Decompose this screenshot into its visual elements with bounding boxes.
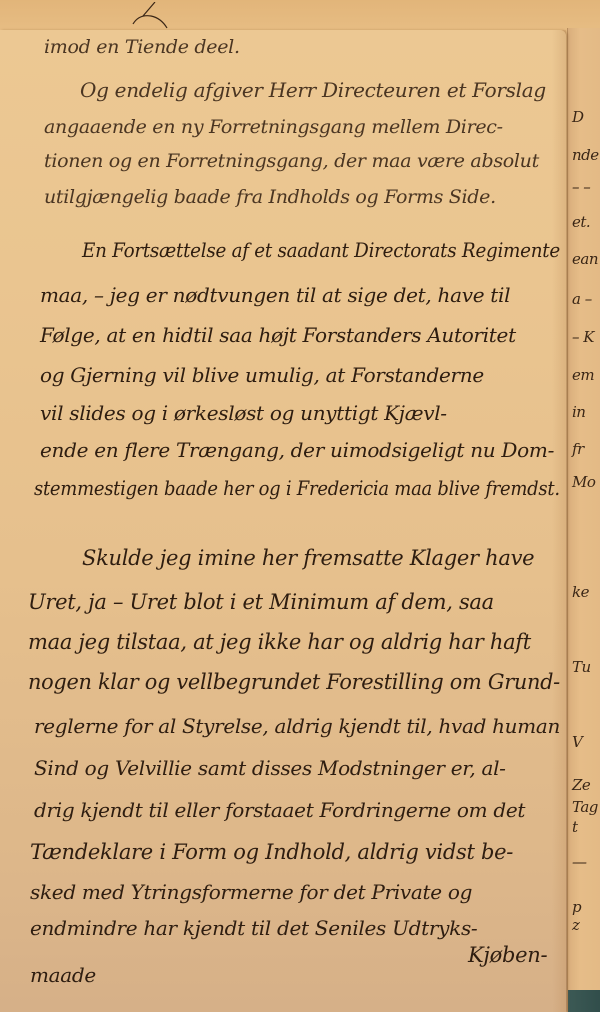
adjacent-page-fragment: — — [572, 853, 587, 871]
manuscript-line: Skulde jeg imine her fremsatte Klager ha… — [82, 548, 534, 569]
adjacent-page-fragment: z — [572, 916, 579, 934]
adjacent-page-fragment: a – — [572, 290, 592, 308]
manuscript-line: reglerne for al Styrelse, aldrig kjendt … — [34, 716, 560, 736]
manuscript-page — [0, 30, 566, 1012]
manuscript-line: Uret, ja – Uret blot i et Minimum af dem… — [28, 592, 494, 613]
adjacent-page-fragment: Tu — [572, 658, 591, 676]
adjacent-page-fragment: ean — [572, 250, 598, 268]
manuscript-line: angaaende en ny Forretningsgang mellem D… — [44, 118, 503, 137]
adjacent-page-fragment: V — [572, 733, 582, 751]
adjacent-page-fragment: – – — [572, 178, 590, 196]
manuscript-catchword: Kjøben- — [468, 945, 547, 966]
manuscript-line: Sind og Velvillie samt disses Modstninge… — [34, 758, 506, 778]
manuscript-line: ende en flere Trængang, der uimodsigelig… — [40, 440, 554, 460]
adjacent-page-fragment: em — [572, 366, 594, 384]
adjacent-page-fragment: D — [572, 108, 584, 126]
adjacent-page: D nde – – et. ean a – – K em in fr Mo ke… — [567, 28, 600, 1012]
manuscript-line: sked med Ytringsformerne for det Private… — [30, 882, 472, 902]
manuscript-line: imod en Tiende deel. — [44, 38, 240, 57]
manuscript-line: utilgjængelig baade fra Indholds og Form… — [44, 188, 496, 207]
manuscript-line: Og endelig afgiver Herr Directeuren et F… — [80, 80, 546, 100]
manuscript-line: nogen klar og vellbegrundet Forestilling… — [28, 672, 560, 693]
pen-flourish-icon — [125, 2, 185, 32]
adjacent-page-fragment: t — [572, 818, 578, 836]
manuscript-line: endmindre har kjendt til det Seniles Udt… — [30, 918, 477, 938]
adjacent-page-fragment: nde — [572, 146, 599, 164]
adjacent-page-fragment: in — [572, 403, 585, 421]
adjacent-page-fragment: Tag — [572, 798, 598, 816]
manuscript-line: tionen og en Forretningsgang, der maa væ… — [44, 152, 539, 171]
manuscript-line: En Fortsættelse af et saadant Directorat… — [82, 240, 560, 260]
manuscript-line: Følge, at en hidtil saa højt Forstanders… — [40, 325, 516, 345]
underlying-surface — [568, 990, 600, 1012]
manuscript-line: maa jeg tilstaa, at jeg ikke har og aldr… — [28, 632, 531, 653]
manuscript-line: maa, – jeg er nødtvungen til at sige det… — [40, 285, 510, 305]
manuscript-line: maade — [30, 965, 96, 985]
manuscript-line: og Gjerning vil blive umulig, at Forstan… — [40, 365, 484, 385]
manuscript-line: drig kjendt til eller forstaaet Fordring… — [34, 800, 525, 820]
adjacent-page-fragment: ke — [572, 583, 589, 601]
adjacent-page-fragment: fr — [572, 440, 584, 458]
adjacent-page-fragment: p — [572, 898, 581, 916]
adjacent-page-fragment: Ze — [572, 776, 590, 794]
adjacent-page-fragment: Mo — [572, 473, 595, 491]
manuscript-line: stemmestigen baade her og i Fredericia m… — [34, 478, 560, 498]
adjacent-page-fragment: – K — [572, 328, 594, 346]
manuscript-line: vil slides og i ørkesløst og unyttigt Kj… — [40, 403, 447, 423]
adjacent-page-fragment: et. — [572, 213, 590, 231]
manuscript-line: Tændeklare i Form og Indhold, aldrig vid… — [30, 842, 513, 863]
